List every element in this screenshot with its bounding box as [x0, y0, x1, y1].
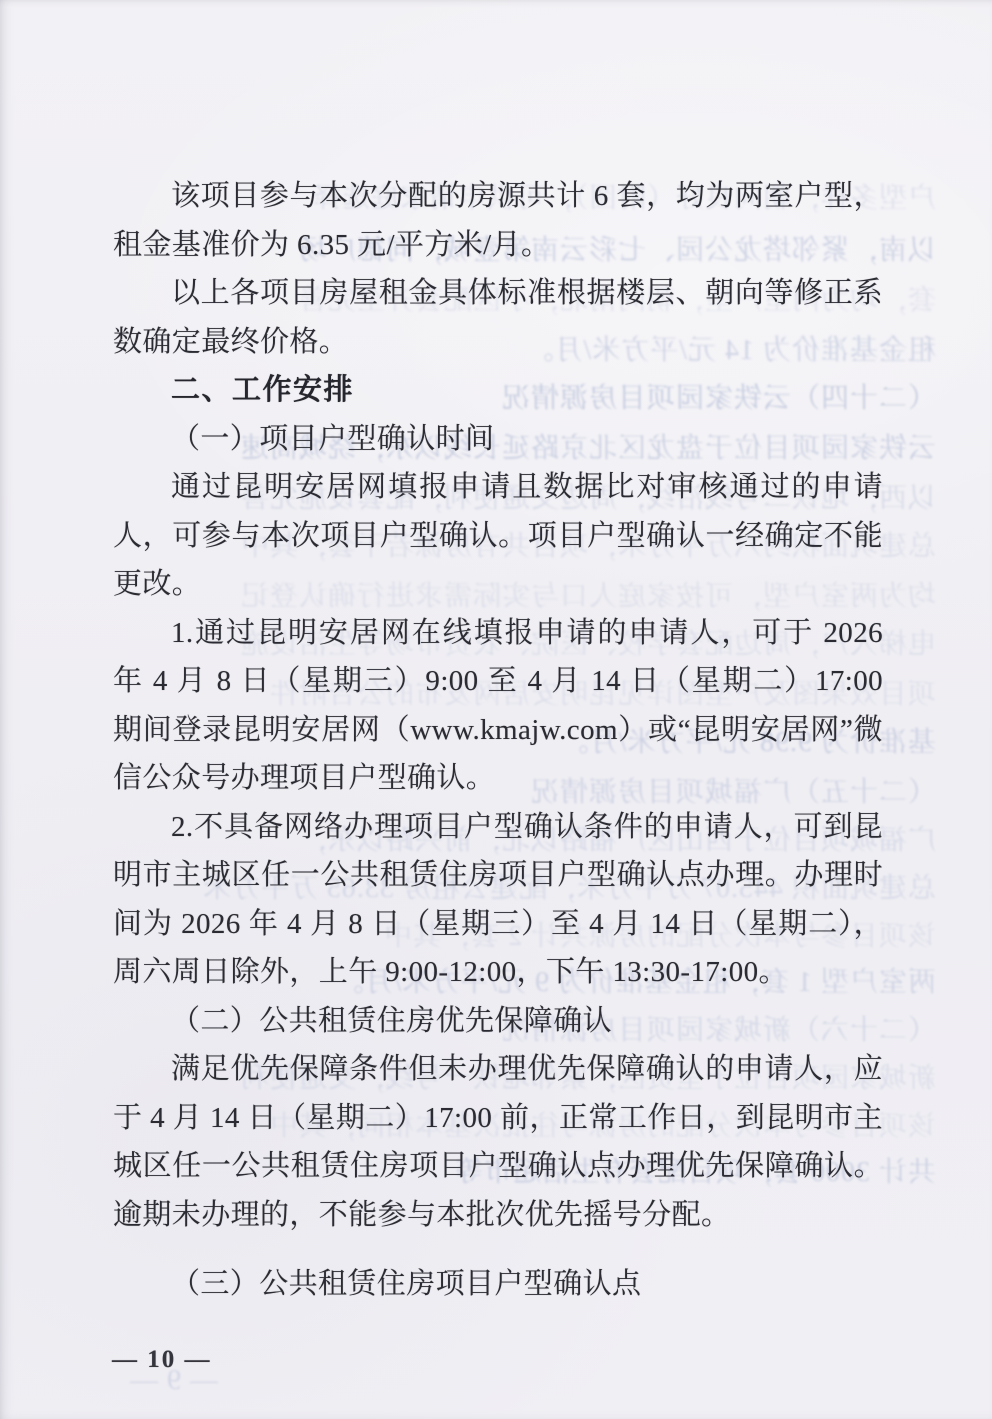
paragraph: 2.不具备网络办理项目户型确认条件的申请人，可到昆明市主城区任一公共租赁住房项目… [113, 803, 883, 997]
paragraph: 通过昆明安居网填报申请且数据比对审核通过的申请人，可参与本次项目户型确认。项目户… [113, 463, 883, 609]
document-body: 该项目参与本次分配的房源共计 6 套，均为两室户型，租金基准价为 6.35 元/… [113, 0, 883, 1309]
heading1: 二、工作安排 [113, 366, 883, 415]
heading2: （一）项目户型确认时间 [113, 415, 883, 464]
heading2: （三）公共租赁住房项目户型确认点 [113, 1260, 883, 1309]
paragraph: 该项目参与本次分配的房源共计 6 套，均为两室户型，租金基准价为 6.35 元/… [113, 172, 883, 269]
page-number: — 10 — [112, 1346, 212, 1374]
paragraph: 以上各项目房屋租金具体标准根据楼层、朝向等修正系数确定最终价格。 [113, 269, 883, 366]
scanned-document-page: 户型多样，朝向良好（附图），可供申请家庭选择以南，紧邻塔龙公园、七彩云南第壹城，… [0, 0, 992, 1419]
heading2: （二）公共租赁住房优先保障确认 [113, 997, 883, 1046]
paragraph: 满足优先保障条件但未办理优先保障确认的申请人，应于 4 月 14 日（星期二）1… [113, 1045, 883, 1239]
paragraph: 1.通过昆明安居网在线填报申请的申请人，可于 2026 年 4 月 8 日（星期… [113, 609, 883, 803]
